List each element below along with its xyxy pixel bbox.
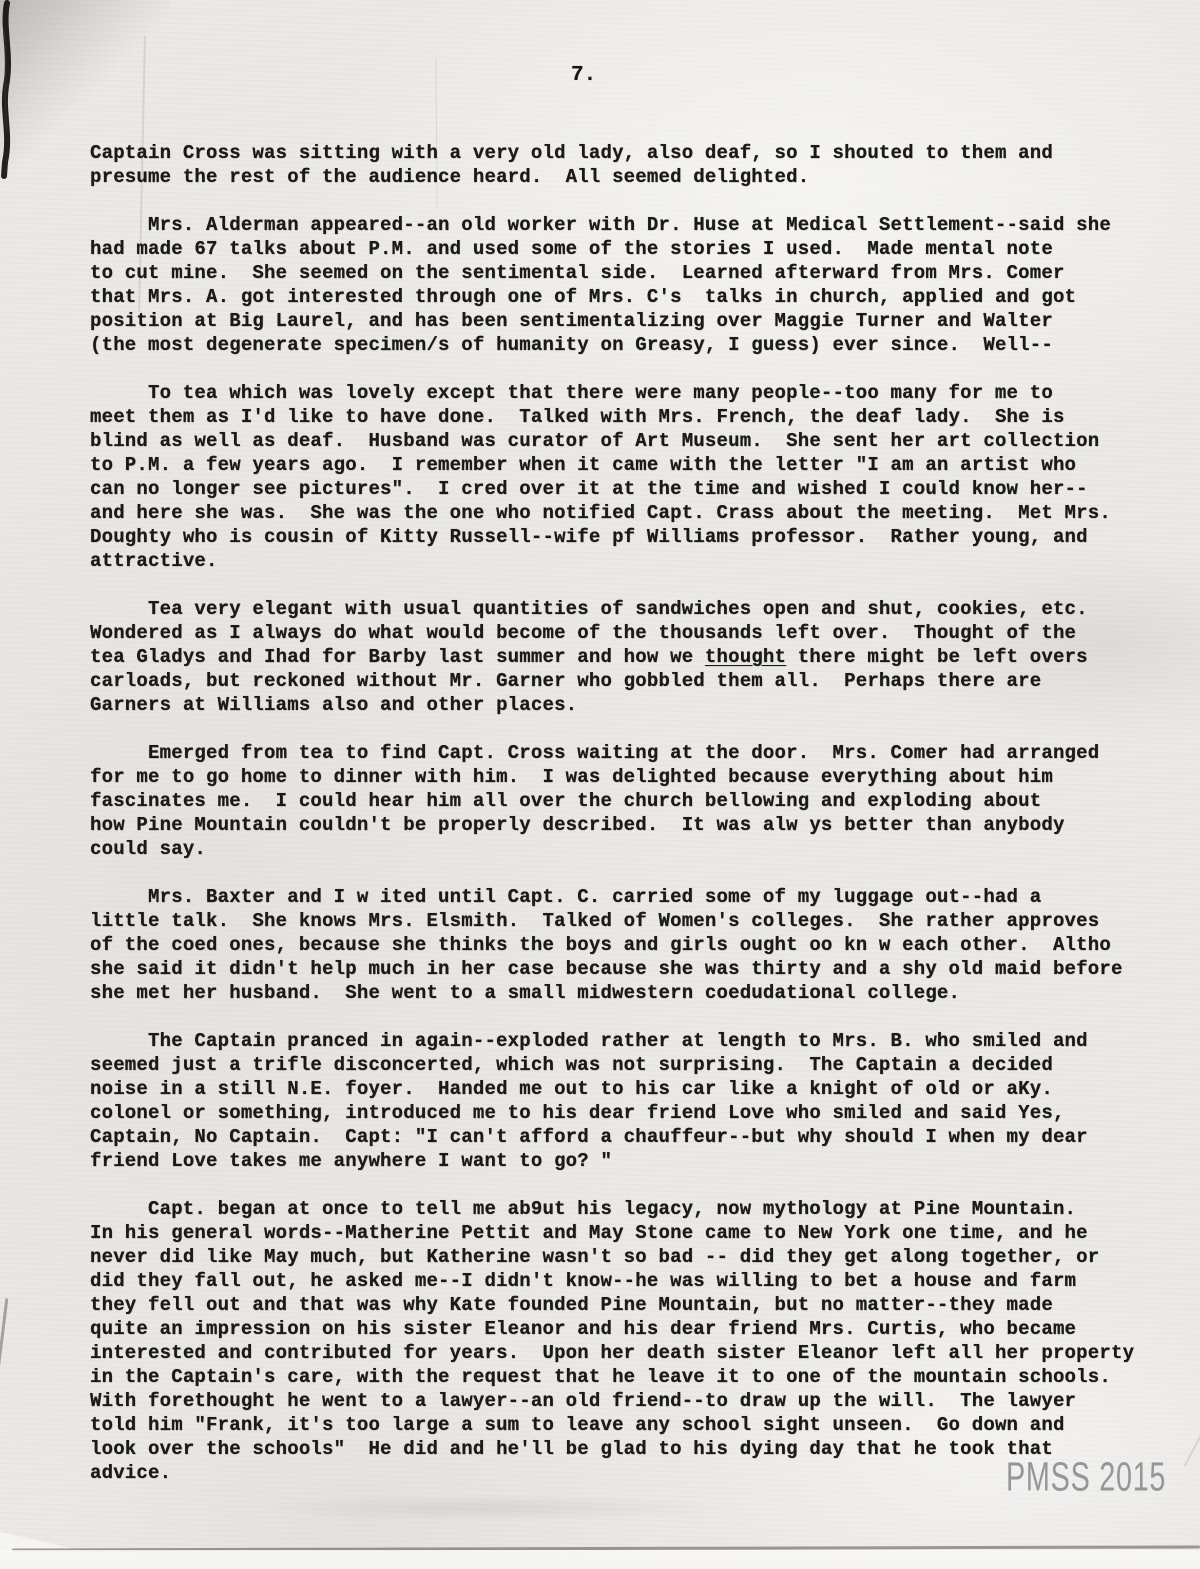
text-line: noise in a still N.E. foyer. Handed me o…	[90, 1077, 1150, 1101]
text-line: could say.	[90, 837, 1150, 861]
text-line: to P.M. a few years ago. I remember when…	[90, 453, 1150, 477]
text-line: that Mrs. A. got interested through one …	[90, 285, 1150, 309]
text-line: little talk. She knows Mrs. Elsmith. Tal…	[90, 909, 1150, 933]
text-line: Tea very elegant with usual quantities o…	[90, 597, 1150, 621]
text-line: position at Big Laurel, and has been sen…	[90, 309, 1150, 333]
text-line: had made 67 talks about P.M. and used so…	[90, 237, 1150, 261]
text-line: she met her husband. She went to a small…	[90, 981, 1150, 1005]
paragraph: The Captain pranced in again--exploded r…	[90, 1029, 1150, 1173]
scanner-background-strip	[0, 1550, 1200, 1569]
text-line: of the coed ones, because she thinks the…	[90, 933, 1150, 957]
text-line: Mrs. Baxter and I w ited until Capt. C. …	[90, 885, 1150, 909]
text-line: (the most degenerate specimen/s of human…	[90, 333, 1150, 357]
scan-left-edge-line	[0, 150, 2, 1410]
text-line: told him "Frank, it's too large a sum to…	[90, 1413, 1150, 1437]
scanned-page: 7. Captain Cross was sitting with a very…	[0, 0, 1200, 1569]
text-line: quite an impression on his sister Eleano…	[90, 1317, 1150, 1341]
text-line: With forethought he went to a lawyer--an…	[90, 1389, 1150, 1413]
text-line: in the Captain's care, with the request …	[90, 1365, 1150, 1389]
text-line: The Captain pranced in again--exploded r…	[90, 1029, 1150, 1053]
text-line: can no longer see pictures". I cred over…	[90, 477, 1150, 501]
text-line: fascinates me. I could hear him all over…	[90, 789, 1150, 813]
text-line: Emerged from tea to find Capt. Cross wai…	[90, 741, 1150, 765]
watermark: PMSS 2015	[1006, 1455, 1166, 1501]
text-line: she said it didn't help much in her case…	[90, 957, 1150, 981]
paper-crease-bottom-right	[1184, 1254, 1200, 1467]
text-line: tea Gladys and Ihad for Barby last summe…	[90, 645, 1150, 669]
text-line: Mrs. Alderman appeared--an old worker wi…	[90, 213, 1150, 237]
text-line: Captain Cross was sitting with a very ol…	[90, 141, 1150, 165]
text-line: presume the rest of the audience heard. …	[90, 165, 1150, 189]
scan-ink-mark-left-edge	[0, 0, 22, 180]
text-line: Capt. began at once to tell me ab9ut his…	[90, 1197, 1150, 1221]
paragraph: Emerged from tea to find Capt. Cross wai…	[90, 741, 1150, 861]
paragraph: Capt. began at once to tell me ab9ut his…	[90, 1197, 1150, 1485]
text-line: blind as well as deaf. Husband was curat…	[90, 429, 1150, 453]
text-line: friend Love takes me anywhere I want to …	[90, 1149, 1150, 1173]
paper-smudge-bottom	[160, 1488, 820, 1528]
paragraph: To tea which was lovely except that ther…	[90, 381, 1150, 573]
text-line: interested and contributed for years. Up…	[90, 1341, 1150, 1365]
paragraph: Captain Cross was sitting with a very ol…	[90, 141, 1150, 189]
document-body: Captain Cross was sitting with a very ol…	[90, 141, 1150, 1485]
text-line: for me to go home to dinner with him. I …	[90, 765, 1150, 789]
paragraph: Mrs. Baxter and I w ited until Capt. C. …	[90, 885, 1150, 1005]
text-line: they fell out and that was why Kate foun…	[90, 1293, 1150, 1317]
text-line: how Pine Mountain couldn't be properly d…	[90, 813, 1150, 837]
text-line: colonel or something, introduced me to h…	[90, 1101, 1150, 1125]
text-line: carloads, but reckoned without Mr. Garne…	[90, 669, 1150, 693]
text-line: meet them as I'd like to have done. Talk…	[90, 405, 1150, 429]
text-line: look over the schools" He did and he'll …	[90, 1437, 1150, 1461]
text-line: advice.	[90, 1461, 1150, 1485]
text-line: and here she was. She was the one who no…	[90, 501, 1150, 525]
text-line: did they fall out, he asked me--I didn't…	[90, 1269, 1150, 1293]
text-line: attractive.	[90, 549, 1150, 573]
page-number: 7.	[571, 64, 596, 87]
text-line: In his general words--Matherine Pettit a…	[90, 1221, 1150, 1245]
paragraph: Mrs. Alderman appeared--an old worker wi…	[90, 213, 1150, 357]
underlined-word: thought	[705, 646, 786, 668]
text-line: seemed just a trifle disconcerted, which…	[90, 1053, 1150, 1077]
text-line: Captain, No Captain. Capt: "I can't affo…	[90, 1125, 1150, 1149]
text-line: Doughty who is cousin of Kitty Russell--…	[90, 525, 1150, 549]
text-line: to cut mine. She seemed on the sentiment…	[90, 261, 1150, 285]
paragraph: Tea very elegant with usual quantities o…	[90, 597, 1150, 717]
text-line: Wondered as I always do what would becom…	[90, 621, 1150, 645]
text-line: To tea which was lovely except that ther…	[90, 381, 1150, 405]
text-line: never did like May much, but Katherine w…	[90, 1245, 1150, 1269]
text-line: Garners at Williams also and other place…	[90, 693, 1150, 717]
